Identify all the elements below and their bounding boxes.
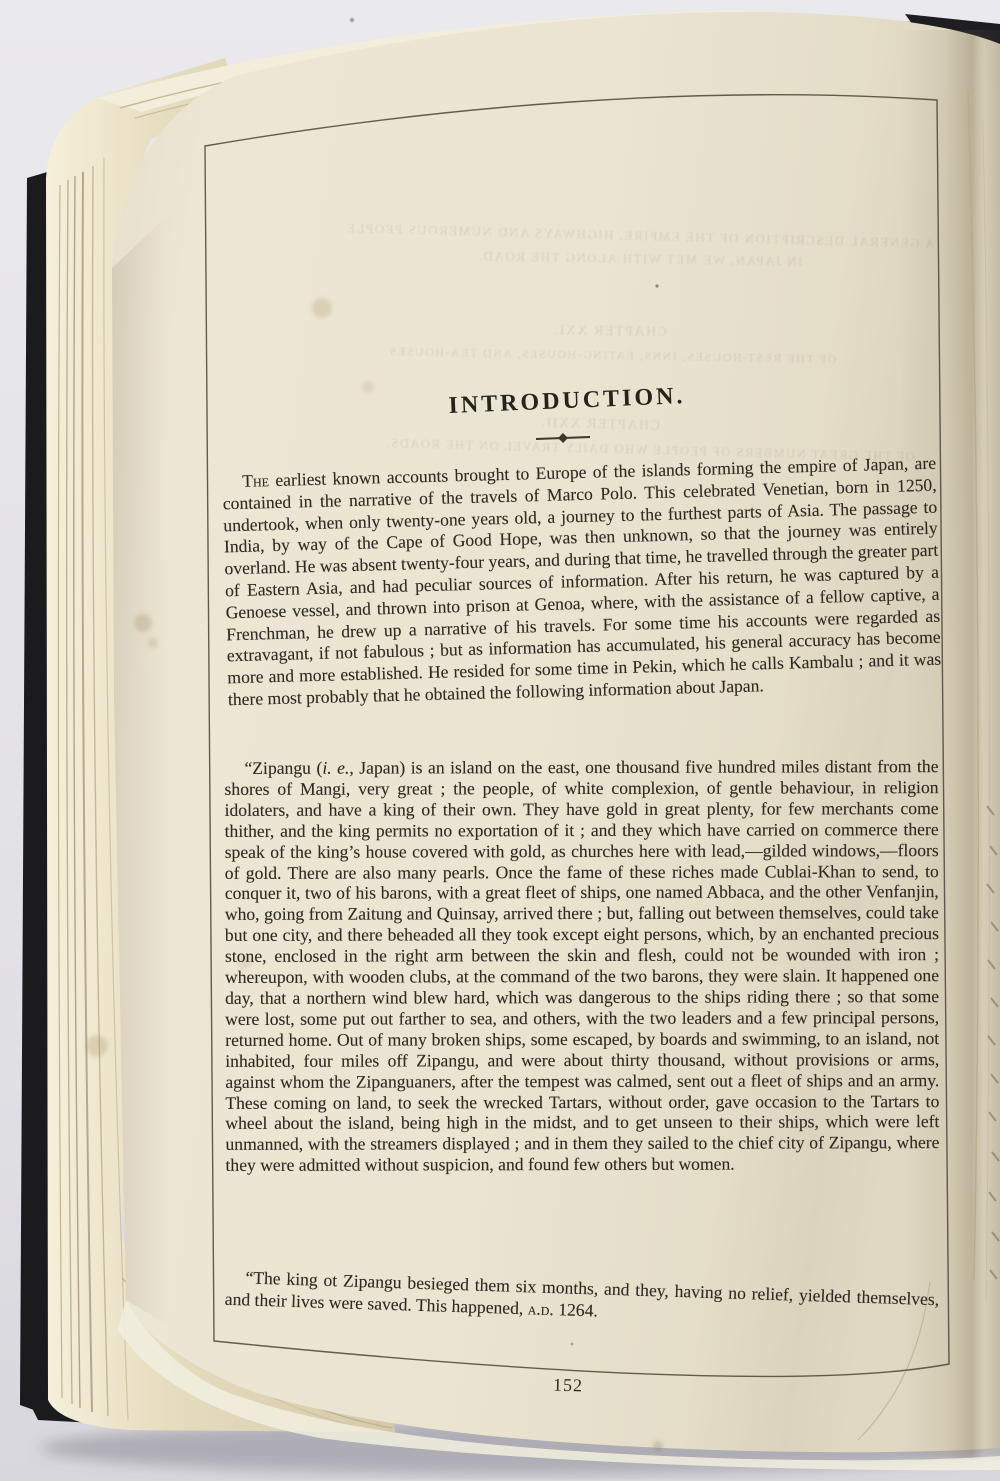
book-scene-artwork (0, 0, 1000, 1481)
page-surface (112, 12, 1000, 1452)
lead-small-caps: The (242, 470, 269, 491)
paragraph-text: Japan) is an island on the east, one tho… (225, 756, 940, 1175)
paragraph-text: 1264. (554, 1299, 599, 1320)
ad-small-caps: a.d. (527, 1298, 554, 1319)
paragraph-zipangu-quote: “Zipangu (i. e., Japan) is an island on … (224, 756, 939, 1176)
paragraph-text: “Zipangu ( (244, 758, 322, 778)
paragraph-text: earliest known accounts brought to Europ… (223, 453, 942, 710)
italic-latin-abbreviation: i. e., (322, 758, 353, 778)
paragraph-marco-polo: The earliest known accounts brought to E… (222, 453, 942, 711)
book-page-photo: A GENERAL DESCRIPTION OF THE EMPIRE, HIG… (0, 0, 1000, 1481)
